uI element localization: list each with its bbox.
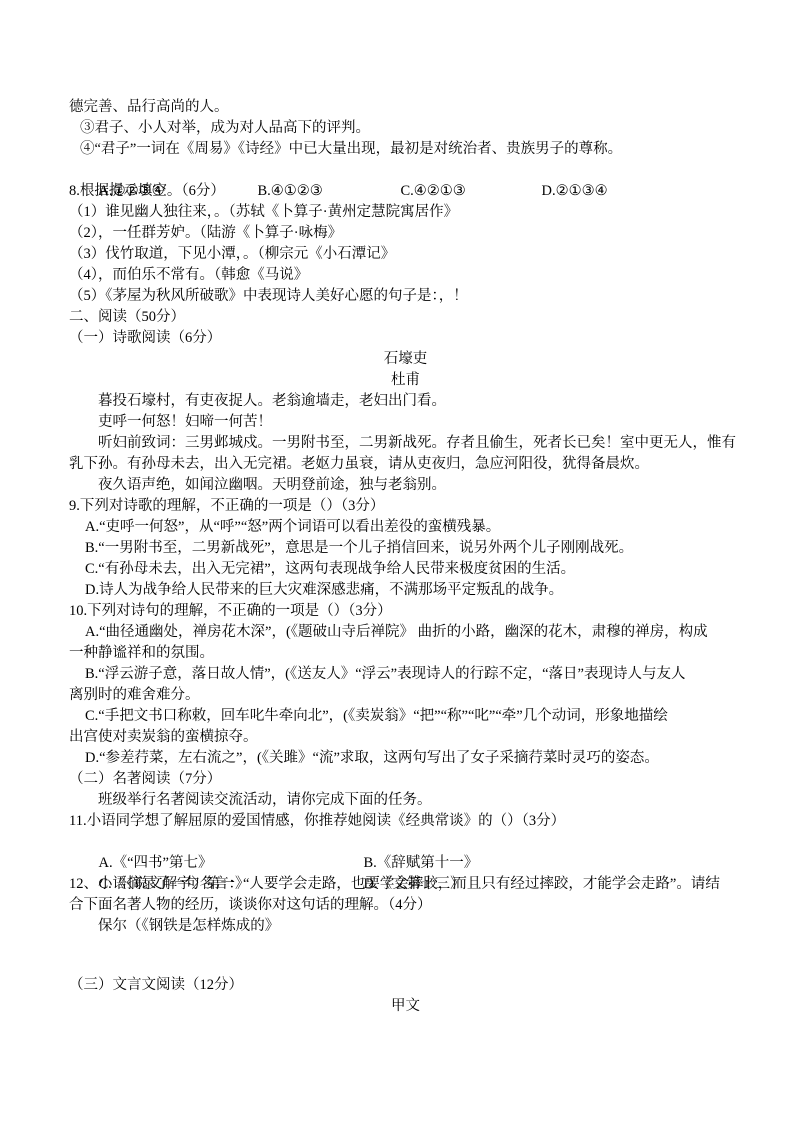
passage-label: 甲文 [69, 996, 742, 1017]
poem-author: 杜甫 [69, 370, 742, 391]
choice-option-line: A.“曲径通幽处，禅房花木深”，(《题破山寺后禅院》 曲折的小路，幽深的花木，肃… [69, 622, 742, 643]
subsection-heading-poetry: （一）诗歌阅读（6分） [69, 328, 742, 349]
poem-line: 听妇前致词：三男邺城戍。一男附书至，二男新战死。存者且偷生，死者长已矣！室中更无… [69, 433, 742, 454]
choice-option-line: C.“有孙母未去，出入无完裙”，这两句表现战争给人民带来极度贫困的生活。 [69, 559, 742, 580]
question-stem-q10: 10.下列对诗句的理解，不正确的一项是（）（3分） [69, 601, 742, 622]
section-heading-reading: 二、阅读（50分） [69, 307, 742, 328]
subsection-heading-famous-books: （二）名著阅读（7分） [69, 769, 742, 790]
choice-row-q11: A.《“四书”第七》B.《辞赋第十一》 [69, 832, 742, 853]
poem-title: 石壕吏 [69, 349, 742, 370]
statement-line: ④“君子”一词在《周易》《诗经》中已大量出现，最初是对统治者、贵族男子的尊称。 [69, 139, 742, 160]
choice-option: B.④①②③ [258, 181, 401, 202]
choice-option-line: A.“吏呼一何怒”，从“呼”“怒”两个词语可以看出差役的蛮横残暴。 [69, 517, 742, 538]
fill-blank-item: （2），一任群芳妒。（陆游《卜算子·咏梅》 [69, 223, 742, 244]
choice-option-line: B.“一男附书至，二男新战死”，意思是一个儿子捎信回来，说另外两个儿子刚刚战死。 [69, 538, 742, 559]
choice-option-line: B.“浮云游子意，落日故人情”，(《送友人》“浮云”表现诗人的行踪不定，“落日”… [69, 664, 742, 685]
choice-option: D.②①③④ [542, 181, 608, 202]
fill-blank-item: （1）谁见幽人独往来，。（苏轼《卜算子·黄州定慧院寓居作》 [69, 202, 742, 223]
poem-line: 吏呼一何怒！妇啼一何苦！ [69, 412, 742, 433]
choice-option-line: D.“参差荇菜，左右流之”，(《关雎》“流”求取，这两句写出了女子采摘荇菜时灵巧… [69, 748, 742, 769]
poem-line: 乳下孙。有孙母未去，出入无完裙。老妪力虽衰，请从吏夜归，急应河阳役，犹得备晨炊。 [69, 454, 742, 475]
text-line: 保尔（《钢铁是怎样炼成的》 [69, 916, 742, 937]
fill-blank-item: （4），而伯乐不常有。（韩愈《马说》 [69, 265, 742, 286]
question-stem-q9: 9.下列对诗歌的理解，不正确的一项是（）（3分） [69, 496, 742, 517]
choice-option-line: C.“手把文书口称敕，回车叱牛牵向北”，(《卖炭翁》“把”“称”“叱”“牵”几个… [69, 706, 742, 727]
poem-line: 夜久语声绝，如闻泣幽咽。天明登前途，独与老翁别。 [69, 475, 742, 496]
continuation-line: 离别时的难舍难分。 [69, 685, 742, 706]
fill-blank-item: （5）《茅屋为秋风所破歌》中表现诗人美好心愿的句子是：，！ [69, 286, 742, 307]
question-stem-q11: 11.小语同学想了解屈原的爱国情感，你推荐她阅读《经典常谈》的（）（3分） [69, 811, 742, 832]
choice-option: A.《“四书”第七》 [99, 853, 364, 874]
statement-line: ③君子、小人对举，成为对人品高下的评判。 [69, 118, 742, 139]
continuation-line: 一种静谧祥和的氛围。 [69, 643, 742, 664]
text-line: 班级举行名著阅读交流活动，请你完成下面的任务。 [69, 790, 742, 811]
text-line: 德完善、品行高尚的人。 [69, 97, 742, 118]
fill-blank-item: （3）伐竹取道，下见小潭，。（柳宗元《小石潭记》 [69, 244, 742, 265]
poem-line: 暮投石壕村，有吏夜捉人。老翁逾墙走，老妇出门看。 [69, 391, 742, 412]
choice-row-q7: A.①②③④B.④①②③C.④②①③D.②①③④ [69, 160, 742, 181]
question-stem-q12: 12、小语摘录了一句名言：“人要学会走路，也要学会摔跤，而且只有经过摔跤，才能学… [69, 874, 742, 895]
choice-option: C.④②①③ [401, 181, 542, 202]
choice-option-line: D.诗人为战争给人民带来的巨大灾难深感悲痛，不满那场平定叛乱的战争。 [69, 580, 742, 601]
subsection-heading-classical: （三）文言文阅读（12分） [69, 975, 742, 996]
exam-document-page: 德完善、品行高尚的人。 ③君子、小人对举，成为对人品高下的评判。 ④“君子”一词… [0, 0, 794, 1123]
continuation-line: 出宫使对卖炭翁的蛮横掠夺。 [69, 727, 742, 748]
continuation-line: 合下面名著人物的经历，谈谈你对这句话的理解。（4分） [69, 895, 742, 916]
choice-option: B.《辞赋第十一》 [364, 853, 479, 874]
